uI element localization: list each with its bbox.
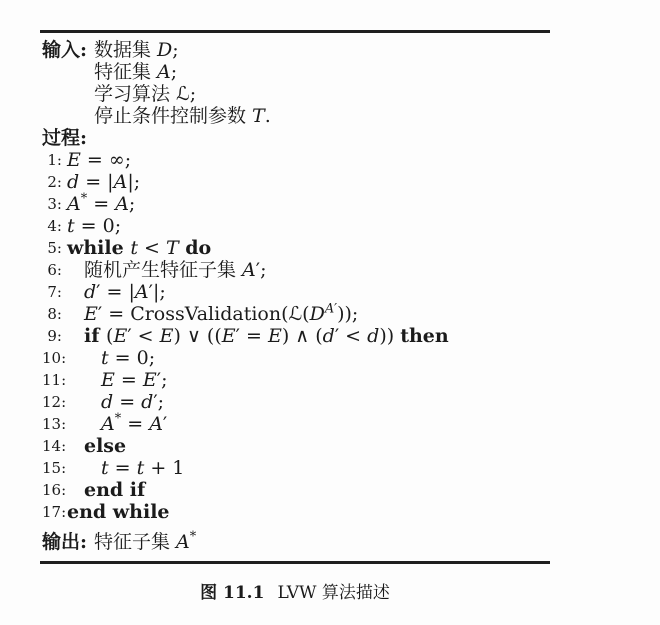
- text-segment: = 0;: [75, 215, 122, 237]
- text-segment: ′;: [157, 369, 168, 391]
- line-number: 14:: [42, 435, 67, 457]
- text-segment: ′: [163, 413, 167, 435]
- text-segment: T: [252, 105, 265, 127]
- input-section: 输入:数据集 D;特征集 A;学习算法 ℒ;停止条件控制参数 T.: [42, 39, 550, 127]
- line-content: end if: [67, 479, 145, 501]
- text-segment: ℒ: [176, 83, 190, 105]
- process-row: 过程:: [42, 127, 550, 149]
- text-segment: A: [67, 193, 81, 215]
- text-segment: d: [367, 325, 379, 347]
- algorithm-line: 4:t = 0;: [42, 215, 550, 237]
- line-number: 6:: [42, 259, 67, 281]
- algorithm-line: 17:end while: [42, 501, 550, 523]
- algorithm-line: 5:while t < T do: [42, 237, 550, 259]
- input-row: 特征集 A;: [42, 61, 550, 83]
- text-segment: while: [67, 237, 130, 259]
- algorithm-line: 15:t = t + 1: [42, 457, 550, 479]
- line-content: E = E′;: [67, 369, 167, 391]
- text-segment: )): [379, 325, 400, 347]
- text-segment: |;: [127, 171, 140, 193]
- text-segment: =: [109, 457, 137, 479]
- caption-text: LVW 算法描述: [277, 583, 389, 603]
- input-content: 停止条件控制参数 T.: [94, 105, 271, 127]
- text-segment: =: [115, 369, 143, 391]
- text-segment: d: [101, 391, 113, 413]
- input-label-spacer: [42, 61, 94, 83]
- algorithm-line: 10:t = 0;: [42, 347, 550, 369]
- text-segment: t: [101, 347, 109, 369]
- algorithm-line: 6:随机产生特征子集 A′;: [42, 259, 550, 281]
- line-number: 12:: [42, 391, 67, 413]
- text-segment: E: [84, 303, 98, 325]
- input-content: 学习算法 ℒ;: [94, 83, 196, 105]
- text-segment: .: [265, 105, 271, 127]
- figure-caption: 图 11.1LVW 算法描述: [40, 582, 550, 604]
- text-segment: = 0;: [109, 347, 156, 369]
- line-content: E = ∞;: [67, 149, 131, 171]
- line-number: 10:: [42, 347, 67, 369]
- algorithm-line: 3:A* = A;: [42, 193, 550, 215]
- line-content: if (E′ < E) ∨ ((E′ = E) ∧ (d′ < d)) then: [67, 325, 449, 347]
- line-number: 17:: [42, 501, 67, 523]
- text-segment: ));: [337, 303, 358, 325]
- line-content: while t < T do: [67, 237, 211, 259]
- line-content: A* = A;: [67, 193, 135, 215]
- line-number: 13:: [42, 413, 67, 435]
- text-segment: A: [115, 193, 129, 215]
- text-segment: 数据集: [94, 39, 157, 61]
- text-segment: d: [84, 281, 96, 303]
- input-label: 输入:: [42, 39, 94, 61]
- text-segment: d: [67, 171, 79, 193]
- text-segment: end if: [84, 479, 145, 501]
- line-content: 随机产生特征子集 A′;: [67, 259, 267, 281]
- text-segment: E: [67, 149, 81, 171]
- text-segment: d: [323, 325, 335, 347]
- text-segment: + 1: [144, 457, 184, 479]
- input-label-spacer: [42, 105, 94, 127]
- line-content: t = t + 1: [67, 457, 184, 479]
- text-segment: ′ <: [127, 325, 159, 347]
- process-label: 过程:: [42, 127, 94, 149]
- output-content: 特征子集 A*: [94, 531, 196, 553]
- text-segment: =: [87, 193, 115, 215]
- text-segment: t: [130, 237, 138, 259]
- text-segment: ;: [190, 83, 196, 105]
- text-segment: t: [101, 457, 109, 479]
- line-content: d = |A|;: [67, 171, 140, 193]
- text-segment: A: [135, 281, 149, 303]
- input-label-spacer: [42, 83, 94, 105]
- text-segment: 学习算法: [94, 83, 176, 105]
- text-segment: A: [149, 413, 163, 435]
- line-number: 1:: [42, 149, 67, 171]
- text-segment: if: [84, 325, 106, 347]
- line-number: 3:: [42, 193, 67, 215]
- input-row: 输入:数据集 D;: [42, 39, 550, 61]
- text-segment: do: [179, 237, 212, 259]
- figure-label: 图 11.1: [200, 583, 264, 603]
- input-content: 数据集 D;: [94, 39, 179, 61]
- line-number: 2:: [42, 171, 67, 193]
- text-segment: ;: [172, 39, 178, 61]
- text-segment: 特征子集: [94, 531, 176, 553]
- text-segment: =: [113, 391, 141, 413]
- text-segment: ′;: [153, 391, 164, 413]
- line-number: 5:: [42, 237, 67, 259]
- text-segment: ′|;: [149, 281, 166, 303]
- input-content: 特征集 A;: [94, 61, 177, 83]
- text-segment: then: [400, 325, 449, 347]
- text-segment: *: [190, 530, 196, 545]
- text-segment: end while: [67, 501, 170, 523]
- text-segment: E: [160, 325, 174, 347]
- text-segment: ′ = |: [96, 281, 135, 303]
- line-number: 8:: [42, 303, 67, 325]
- output-row: 输出: 特征子集 A*: [42, 531, 550, 553]
- algorithm-line: 1:E = ∞;: [42, 149, 550, 171]
- line-content: d = d′;: [67, 391, 164, 413]
- text-segment: A′: [325, 302, 337, 317]
- text-segment: ;: [129, 193, 135, 215]
- text-segment: E: [222, 325, 236, 347]
- text-segment: 停止条件控制参数: [94, 105, 252, 127]
- line-number: 15:: [42, 457, 67, 479]
- line-number: 16:: [42, 479, 67, 501]
- text-segment: ) ∧ (: [282, 325, 323, 347]
- input-row: 学习算法 ℒ;: [42, 83, 550, 105]
- text-segment: <: [138, 237, 166, 259]
- text-segment: A: [176, 531, 190, 553]
- algorithm-line: 9:if (E′ < E) ∨ ((E′ = E) ∧ (d′ < d)) th…: [42, 325, 550, 347]
- algorithm-line: 13:A* = A′: [42, 413, 550, 435]
- text-segment: T: [166, 237, 179, 259]
- text-segment: A: [101, 413, 115, 435]
- text-segment: A: [157, 61, 171, 83]
- text-segment: = |: [79, 171, 113, 193]
- text-segment: D: [310, 303, 325, 325]
- algorithm-line: 7:d′ = |A′|;: [42, 281, 550, 303]
- text-segment: else: [84, 435, 126, 457]
- text-segment: E: [143, 369, 157, 391]
- algorithm-line: 14:else: [42, 435, 550, 457]
- line-content: t = 0;: [67, 347, 155, 369]
- text-segment: ′ = CrossValidation(ℒ(: [98, 303, 310, 325]
- text-segment: E: [113, 325, 127, 347]
- line-content: end while: [67, 501, 170, 523]
- line-content: t = 0;: [67, 215, 121, 237]
- text-segment: 特征集: [94, 61, 157, 83]
- text-segment: = ∞;: [81, 149, 131, 171]
- input-row: 停止条件控制参数 T.: [42, 105, 550, 127]
- line-number: 11:: [42, 369, 67, 391]
- line-number: 4:: [42, 215, 67, 237]
- text-segment: d: [141, 391, 153, 413]
- text-segment: ′ <: [335, 325, 367, 347]
- text-segment: E: [268, 325, 282, 347]
- algorithm-lines: 1:E = ∞;2:d = |A|;3:A* = A;4:t = 0;5:whi…: [42, 149, 550, 523]
- line-number: 7:: [42, 281, 67, 303]
- algorithm-line: 16:end if: [42, 479, 550, 501]
- text-segment: 随机产生特征子集: [84, 259, 242, 281]
- text-segment: E: [101, 369, 115, 391]
- text-segment: ′ =: [236, 325, 268, 347]
- text-segment: =: [121, 413, 149, 435]
- algorithm-line: 8:E′ = CrossValidation(ℒ(DA′));: [42, 303, 550, 325]
- text-segment: ;: [171, 61, 177, 83]
- algorithm-line: 12:d = d′;: [42, 391, 550, 413]
- line-content: E′ = CrossValidation(ℒ(DA′));: [67, 303, 358, 325]
- output-label: 输出:: [42, 531, 94, 553]
- text-segment: ′;: [256, 259, 267, 281]
- algorithm-box: 输入:数据集 D;特征集 A;学习算法 ℒ;停止条件控制参数 T. 过程: 1:…: [40, 30, 550, 564]
- text-segment: D: [157, 39, 172, 61]
- line-content: A* = A′: [67, 413, 167, 435]
- text-segment: A: [242, 259, 256, 281]
- line-content: d′ = |A′|;: [67, 281, 166, 303]
- text-segment: t: [67, 215, 75, 237]
- line-number: 9:: [42, 325, 67, 347]
- text-segment: ) ∨ ((: [174, 325, 222, 347]
- algorithm-line: 2:d = |A|;: [42, 171, 550, 193]
- text-segment: A: [114, 171, 128, 193]
- algorithm-line: 11:E = E′;: [42, 369, 550, 391]
- line-content: else: [67, 435, 126, 457]
